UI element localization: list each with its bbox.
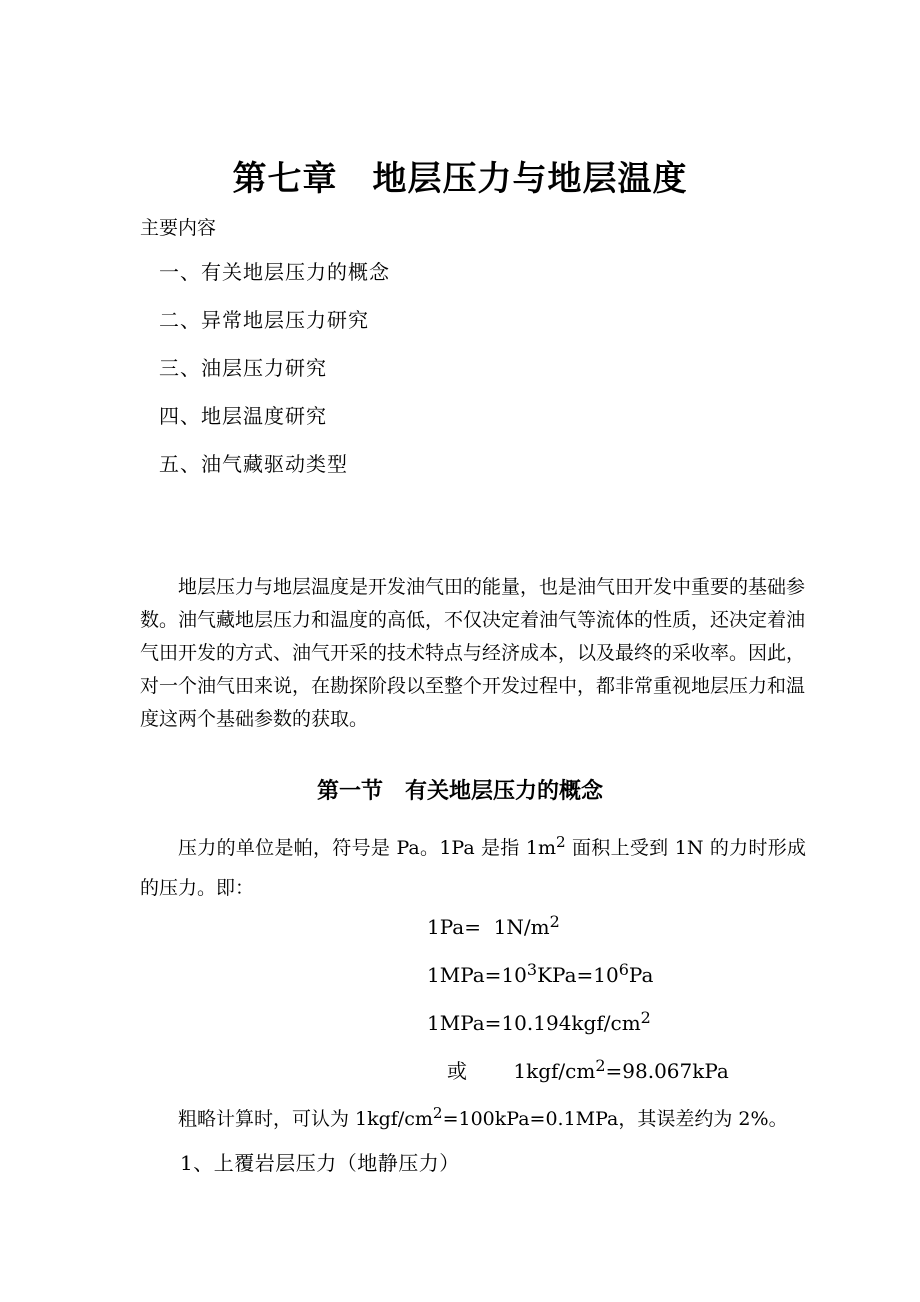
document-page: 第七章 地层压力与地层温度 主要内容 一、有关地层压力的概念 二、异常地层压力研… bbox=[0, 0, 920, 1302]
pressure-unit-paragraph: 压力的单位是帕，符号是 Pa。1Pa 是指 1m2 面积上受到 1N 的力时形成… bbox=[140, 828, 806, 908]
toc-item: 四、地层温度研究 bbox=[159, 403, 327, 429]
toc-item: 一、有关地层压力的概念 bbox=[159, 259, 390, 285]
chapter-title: 第七章 地层压力与地层温度 bbox=[0, 156, 920, 202]
formula-line: 1MPa=103KPa=106Pa bbox=[427, 962, 653, 988]
section-heading: 第一节 有关地层压力的概念 bbox=[0, 777, 920, 807]
overview-label: 主要内容 bbox=[140, 216, 216, 240]
toc-item: 二、异常地层压力研究 bbox=[159, 307, 369, 333]
approximation-note: 粗略计算时，可认为 1kgf/cm2=100kPa=0.1MPa，其误差约为 2… bbox=[140, 1105, 812, 1133]
toc-item: 五、油气藏驱动类型 bbox=[159, 451, 348, 477]
formula-line: 或 1kgf/cm2=98.067kPa bbox=[427, 1058, 729, 1084]
formula-line: 1MPa=10.194kgf/cm2 bbox=[427, 1010, 651, 1036]
intro-paragraph: 地层压力与地层温度是开发油气田的能量，也是油气田开发中重要的基础参数。油气藏地层… bbox=[140, 571, 805, 736]
subsection-item: 1、上覆岩层压力（地静压力） bbox=[140, 1149, 460, 1177]
formula-line: 1Pa= 1N/m2 bbox=[427, 914, 560, 940]
toc-item: 三、油层压力研究 bbox=[159, 355, 327, 381]
